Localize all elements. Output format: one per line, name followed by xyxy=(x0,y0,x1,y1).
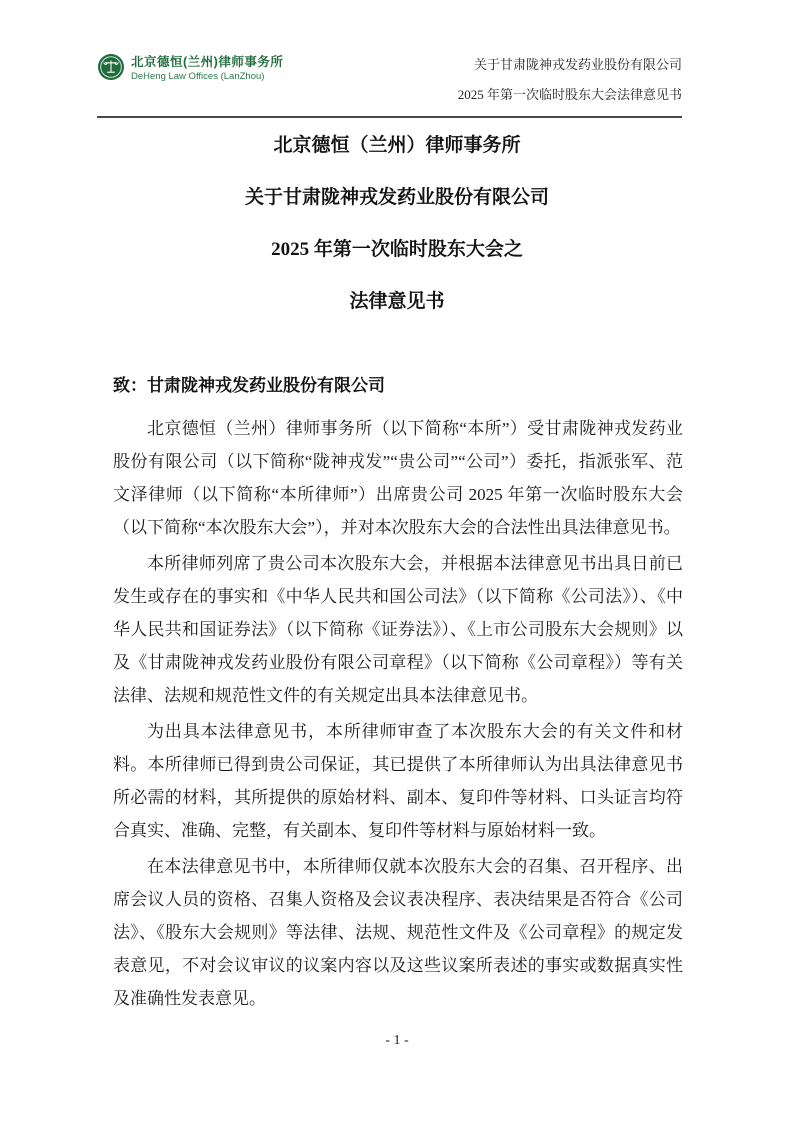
page-number: - 1 - xyxy=(0,1033,794,1049)
document-page: 北京德恒(兰州)律师事务所 DeHeng Law Offices (LanZho… xyxy=(0,0,794,1122)
page-header-row: 北京德恒(兰州)律师事务所 DeHeng Law Offices (LanZho… xyxy=(97,50,682,110)
body-paragraph: 本所律师列席了贵公司本次股东大会，并根据本法律意见书出具日前已发生或存在的事实和… xyxy=(113,547,683,712)
law-firm-logo: 北京德恒(兰州)律师事务所 DeHeng Law Offices (LanZho… xyxy=(97,50,283,83)
document-title-line-3: 2025 年第一次临时股东大会之 xyxy=(0,237,794,263)
body-paragraph: 在本法律意见书中，本所律师仅就本次股东大会的召集、召开程序、出席会议人员的资格、… xyxy=(113,850,683,1015)
document-title-line-1: 北京德恒（兰州）律师事务所 xyxy=(0,133,794,159)
document-title-block: 北京德恒（兰州）律师事务所 关于甘肃陇神戎发药业股份有限公司 2025 年第一次… xyxy=(0,133,794,315)
document-title-line-2: 关于甘肃陇神戎发药业股份有限公司 xyxy=(0,185,794,211)
document-body: 致：甘肃陇神戎发药业股份有限公司 北京德恒（兰州）律师事务所（以下简称“本所”）… xyxy=(113,374,683,1015)
logo-text: 北京德恒(兰州)律师事务所 DeHeng Law Offices (LanZho… xyxy=(131,50,283,83)
document-title-line-4: 法律意见书 xyxy=(0,289,794,315)
page-header: 北京德恒(兰州)律师事务所 DeHeng Law Offices (LanZho… xyxy=(97,50,682,118)
header-doc-reference-line2: 2025 年第一次临时股东大会法律意见书 xyxy=(458,80,682,110)
header-doc-reference-line1: 关于甘肃陇神戎发药业股份有限公司 xyxy=(458,50,682,80)
body-paragraph: 为出具本法律意见书，本所律师审查了本次股东大会的有关文件和材料。本所律师已得到贵… xyxy=(113,715,683,847)
logo-name-en: DeHeng Law Offices (LanZhou) xyxy=(131,71,283,83)
salutation: 致：甘肃陇神戎发药业股份有限公司 xyxy=(113,374,683,398)
scales-of-justice-icon xyxy=(97,53,125,81)
logo-name-cn: 北京德恒(兰州)律师事务所 xyxy=(131,54,283,70)
header-doc-reference: 关于甘肃陇神戎发药业股份有限公司 2025 年第一次临时股东大会法律意见书 xyxy=(458,50,682,110)
body-paragraph: 北京德恒（兰州）律师事务所（以下简称“本所”）受甘肃陇神戎发药业股份有限公司（以… xyxy=(113,412,683,544)
